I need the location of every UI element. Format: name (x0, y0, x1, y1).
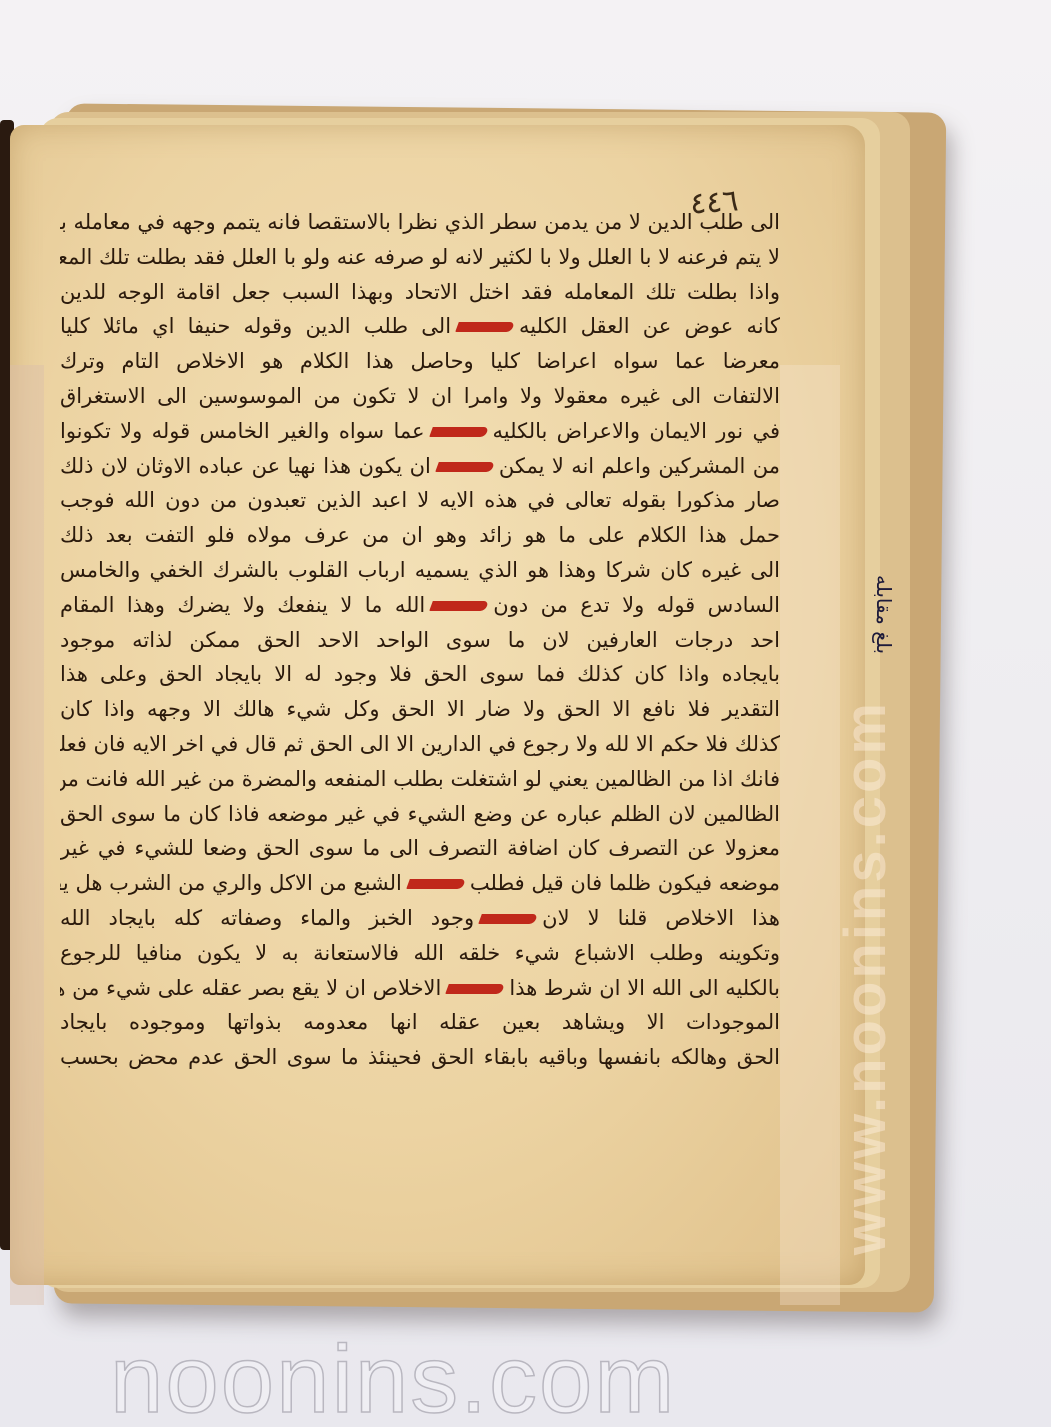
line-text: الى طلب الدين وقوله حنيفا اي مائلا كليا (60, 314, 451, 338)
manuscript-line: معرضا عما سواه اعراضا كليا وحاصل هذا الك… (60, 344, 780, 379)
line-text: وجود الخبز والماء وصفاته كله بايجاد الله (60, 906, 474, 930)
rubric-overline-mark (406, 879, 466, 889)
rubric-overline-mark (435, 462, 495, 472)
manuscript-line: الموجودات الا ويشاهد بعين عقله انها معدو… (60, 1005, 780, 1040)
manuscript-line: حمل هذا الكلام على ما هو زائد وهو ان من … (60, 518, 780, 553)
manuscript-line: من المشركين واعلم انه لا يمكنان يكون هذا… (60, 449, 780, 484)
line-text: في نور الايمان والاعراض بالكليه (493, 419, 780, 443)
manuscript-line: في نور الايمان والاعراض بالكليهعما سواه … (60, 414, 780, 449)
manuscript-line: كذلك فلا حكم الا لله ولا رجوع في الدارين… (60, 727, 780, 762)
line-text: الله ما لا ينفعك ولا يضرك وهذا المقام (60, 593, 425, 617)
line-text: ان يكون هذا نهيا عن عباده الاوثان لان ذل… (60, 454, 431, 478)
manuscript-line: السادس قوله ولا تدع من دونالله ما لا ينف… (60, 588, 780, 623)
rubric-overline-mark (429, 427, 489, 437)
manuscript-line: صار مذكورا بقوله تعالى في هذه الايه لا ا… (60, 483, 780, 518)
manuscript-line: وتكوينه وطلب الاشباع شيء خلقه الله فالاس… (60, 936, 780, 971)
rubric-overline-mark (455, 322, 515, 332)
manuscript-line: الالتفات الى غيره معقولا ولا وامرا ان لا… (60, 379, 780, 414)
manuscript-line: التقدير فلا نافع الا الحق ولا ضار الا ال… (60, 692, 780, 727)
rubric-overline-mark (478, 914, 538, 924)
line-text: الشبع من الاكل والري من الشرب هل يقدح في (60, 871, 402, 895)
manuscript-line: لا يتم فرعنه لا با العلل ولا با لكثير لا… (60, 240, 780, 275)
rubric-overline-mark (446, 984, 506, 994)
left-edge-tint (10, 365, 44, 1305)
line-text: السادس قوله ولا تدع من دون (493, 593, 780, 617)
bottom-watermark: noonins.com (110, 1325, 676, 1427)
line-text: كانه عوض عن العقل الكليه (519, 314, 780, 338)
manuscript-line: بالكليه الى الله الا ان شرط هذاالاخلاص ا… (60, 971, 780, 1006)
manuscript-text-block: الى طلب الدين لا من يدمن سطر الذي نظرا ب… (60, 205, 780, 1075)
manuscript-line: احد درجات العارفين لان ما سوى الواحد الا… (60, 623, 780, 658)
manuscript-line: معزولا عن التصرف كان اضافة التصرف الى ما… (60, 831, 780, 866)
line-text: الاخلاص ان لا يقع بصر عقله على شيء من هذ… (60, 976, 441, 1000)
right-edge-tint (780, 365, 840, 1305)
manuscript-line: موضعه فيكون ظلما فان قيل فطلبالشبع من ال… (60, 866, 780, 901)
manuscript-line: كانه عوض عن العقل الكليهالى طلب الدين وق… (60, 309, 780, 344)
manuscript-line: الظالمين لان الظلم عباره عن وضع الشيء في… (60, 797, 780, 832)
manuscript-line: فانك اذا من الظالمين يعني لو اشتغلت بطلب… (60, 762, 780, 797)
line-text: من المشركين واعلم انه لا يمكن (499, 454, 780, 478)
line-text: موضعه فيكون ظلما فان قيل فطلب (470, 871, 780, 895)
vertical-watermark: www.noonins.com (832, 700, 899, 1255)
line-text: هذا الاخلاص قلنا لا لان (542, 906, 780, 930)
line-text: عما سواه والغير الخامس قوله ولا تكونوا (60, 419, 425, 443)
line-text: بالكليه الى الله الا ان شرط هذا (509, 976, 780, 1000)
manuscript-line: واذا بطلت تلك المعامله فقد اختل الاتحاد … (60, 275, 780, 310)
rubric-overline-mark (429, 601, 489, 611)
manuscript-line: الى طلب الدين لا من يدمن سطر الذي نظرا ب… (60, 205, 780, 240)
manuscript-line: هذا الاخلاص قلنا لا لانوجود الخبز والماء… (60, 901, 780, 936)
manuscript-line: الى غيره كان شركا وهذا هو الذي يسميه ارب… (60, 553, 780, 588)
manuscript-line: الحق وهالكه بانفسها وباقيه بابقاء الحق ف… (60, 1040, 780, 1075)
manuscript-line: بايجاده واذا كان كذلك فما سوى الحق فلا و… (60, 657, 780, 692)
